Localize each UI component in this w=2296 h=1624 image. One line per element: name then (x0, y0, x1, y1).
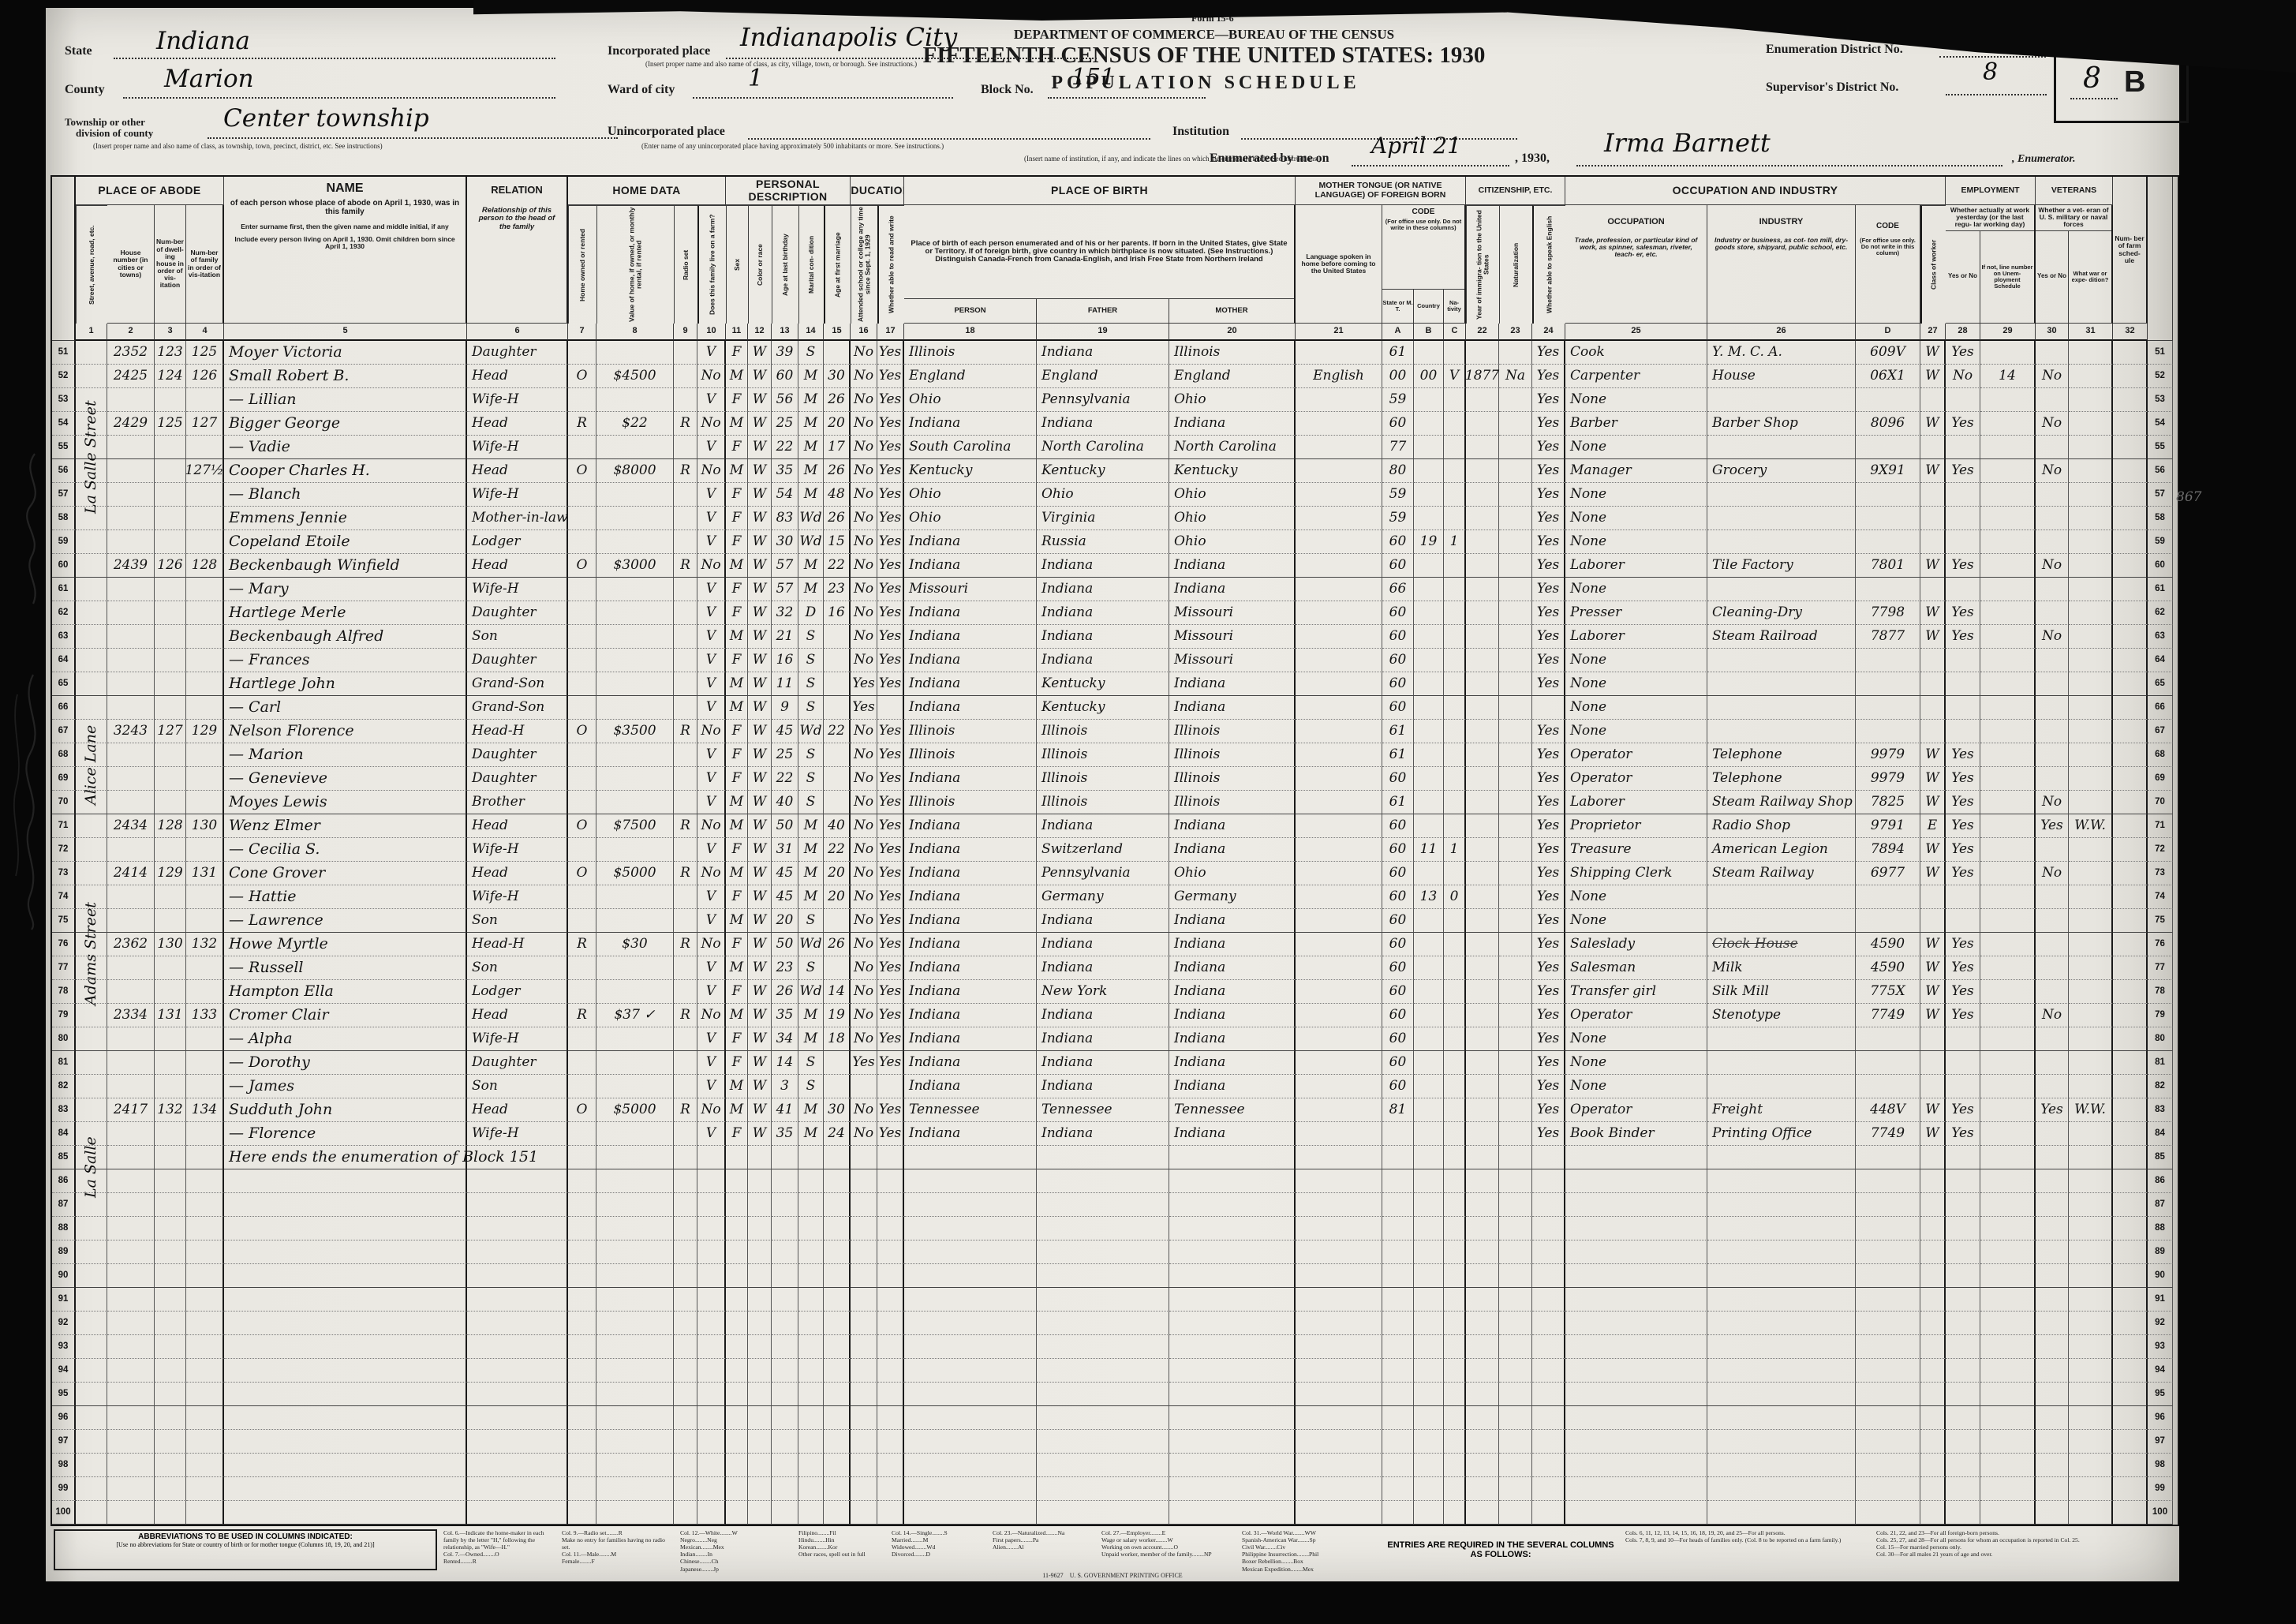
street-cell (76, 365, 107, 388)
cell-im (1466, 1075, 1499, 1098)
cell-en: Yes (1532, 554, 1565, 578)
street-cell (76, 720, 107, 743)
cell-pm (1169, 1406, 1296, 1430)
cell-vt: No (2036, 625, 2069, 649)
cell-ag: 25 (772, 412, 798, 436)
group-mother-tongue: MOTHER TONGUE (OR NATIVE LANGUAGE) OF FO… (1296, 177, 1466, 205)
cell-d (155, 1122, 186, 1146)
col-number: C (1444, 324, 1466, 341)
cell-ca (1382, 1312, 1414, 1335)
cell-lg (1296, 791, 1382, 814)
cell-d (155, 1027, 186, 1051)
cell-f (186, 980, 224, 1004)
cell-wk (1946, 1477, 1980, 1501)
cell-pb (904, 1146, 1037, 1169)
cell-vt (2036, 933, 2069, 956)
cell-cc (1444, 1075, 1466, 1098)
cell-d (155, 1501, 186, 1525)
cell-rl: Daughter (467, 649, 568, 672)
cell-pf (1037, 1477, 1169, 1501)
cell-h: 3243 (107, 720, 155, 743)
cell-sc: No (851, 365, 877, 388)
cell-oc: None (1565, 672, 1707, 696)
cell-pf: Indiana (1037, 578, 1169, 601)
cell-rc (748, 1406, 772, 1430)
cell-rw: Yes (877, 838, 904, 862)
cell-rw: Yes (877, 649, 904, 672)
cell-sx (726, 1146, 748, 1169)
cell-h (107, 1027, 155, 1051)
cell-mr (798, 1383, 824, 1406)
sheet-letter: B (2124, 65, 2145, 99)
cell-nt (1499, 625, 1532, 649)
cell-ca (1382, 1477, 1414, 1501)
cell-rw (877, 1075, 904, 1098)
cell-pb: Indiana (904, 956, 1037, 980)
cell-rl: Son (467, 1075, 568, 1098)
cell-pm: Indiana (1169, 1051, 1296, 1075)
cell-pm: Missouri (1169, 601, 1296, 625)
cell-wk (1946, 388, 1980, 412)
cell-fs (2113, 625, 2148, 649)
line-number: 89 (2148, 1240, 2173, 1264)
cell-f (186, 956, 224, 980)
cell-d (155, 1264, 186, 1288)
cell-sx (726, 1477, 748, 1501)
cell-rl: Mother-in-law (467, 507, 568, 530)
cell-cb (1414, 1075, 1444, 1098)
cell-cd (1856, 1335, 1920, 1359)
cell-fm: V (697, 1075, 726, 1098)
cell-in: Steam Railway (1707, 862, 1856, 885)
cell-f (186, 436, 224, 459)
cell-rw: Yes (877, 1051, 904, 1075)
line-number: 62 (2148, 601, 2173, 625)
cell-vl (596, 1477, 674, 1501)
cell-en: Yes (1532, 530, 1565, 554)
cell-rw (877, 1264, 904, 1288)
street-cell (76, 1122, 107, 1146)
cell-wk: Yes (1946, 838, 1980, 862)
cell-h (107, 507, 155, 530)
cell-cc (1444, 436, 1466, 459)
veterans-desc: Whether a vet- eran of U. S. military or… (2036, 205, 2113, 324)
cell-pb (904, 1477, 1037, 1501)
cell-lg (1296, 1051, 1382, 1075)
cell-d (155, 696, 186, 720)
cell-lg: English (1296, 365, 1382, 388)
cell-rc (748, 1359, 772, 1383)
cell-sc: No (851, 838, 877, 862)
cell-rw: Yes (877, 1004, 904, 1027)
cell-ag: 50 (772, 933, 798, 956)
cell-wr (2069, 1406, 2113, 1430)
cell-ul (1980, 814, 2036, 838)
cell-cw (1920, 1169, 1946, 1193)
cell-pb: Indiana (904, 838, 1037, 862)
cell-vl: $3500 (596, 720, 674, 743)
cell-vl (596, 601, 674, 625)
cell-ca: 60 (1382, 412, 1414, 436)
cell-ag: 25 (772, 743, 798, 767)
cell-h (107, 388, 155, 412)
cell-vl (596, 1501, 674, 1525)
cell-mr: M (798, 814, 824, 838)
cell-fm: V (697, 743, 726, 767)
cell-cw (1920, 1193, 1946, 1217)
cell-nt (1499, 885, 1532, 909)
cell-ca: 60 (1382, 554, 1414, 578)
cell-en (1532, 1288, 1565, 1312)
cell-ul (1980, 1430, 2036, 1454)
group-personal-description: PERSONAL DESCRIPTION (726, 177, 851, 205)
cell-f: 127½ (186, 459, 224, 483)
cell-fm: V (697, 672, 726, 696)
sheet-number-value: 8 (2083, 62, 2101, 95)
cell-oc: Cook (1565, 341, 1707, 365)
cell-rl (467, 1169, 568, 1193)
cell-ow (568, 507, 596, 530)
cell-lg (1296, 933, 1382, 956)
cell-oc (1565, 1217, 1707, 1240)
cell-wr (2069, 1335, 2113, 1359)
cell-oc: Transfer girl (1565, 980, 1707, 1004)
cell-oc: Barber (1565, 412, 1707, 436)
cell-sc: No (851, 459, 877, 483)
cell-d (155, 743, 186, 767)
cell-h (107, 1288, 155, 1312)
street-cell (76, 625, 107, 649)
cell-rl (467, 1217, 568, 1240)
cell-rc: W (748, 862, 772, 885)
line-number: 73 (52, 862, 76, 885)
cell-cw (1920, 1217, 1946, 1240)
cell-pb: Indiana (904, 649, 1037, 672)
abbr-col: Col. 27.—Employer........E Wage or salar… (1101, 1529, 1236, 1570)
col-number: 24 (1532, 324, 1565, 341)
cell-pm (1169, 1501, 1296, 1525)
cell-cc (1444, 1335, 1466, 1359)
cell-vt (2036, 530, 2069, 554)
cell-vt (2036, 1217, 2069, 1240)
cell-rw: Yes (877, 1122, 904, 1146)
cell-wr (2069, 578, 2113, 601)
cell-cb (1414, 1288, 1444, 1312)
cell-nm: — Lillian (224, 388, 467, 412)
cell-ag (772, 1193, 798, 1217)
cell-fs (2113, 1098, 2148, 1122)
street-cell (76, 980, 107, 1004)
line-number: 57 (2148, 483, 2173, 507)
cell-ag: 9 (772, 696, 798, 720)
cell-ca (1382, 1430, 1414, 1454)
cell-pb (904, 1430, 1037, 1454)
enumerator-name: Irma Barnett (1604, 128, 1771, 158)
cell-h (107, 1217, 155, 1240)
cell-cb (1414, 1406, 1444, 1430)
cell-sx: F (726, 720, 748, 743)
cell-ul (1980, 933, 2036, 956)
census-title: FIFTEENTH CENSUS OF THE UNITED STATES: 1… (896, 43, 1512, 69)
cell-pb: Illinois (904, 720, 1037, 743)
cell-ag: 34 (772, 1027, 798, 1051)
cell-sc: No (851, 767, 877, 791)
cell-oc: None (1565, 388, 1707, 412)
line-number: 69 (2148, 767, 2173, 791)
cell-pb: Indiana (904, 767, 1037, 791)
cell-im (1466, 909, 1499, 933)
cell-rc: W (748, 1051, 772, 1075)
cell-en: Yes (1532, 365, 1565, 388)
cell-d (155, 1430, 186, 1454)
cell-oc: None (1565, 649, 1707, 672)
cell-d (155, 1193, 186, 1217)
cell-fm: V (697, 507, 726, 530)
line-number: 88 (2148, 1217, 2173, 1240)
cell-vl (596, 341, 674, 365)
cell-sc: No (851, 956, 877, 980)
col-number: 1 (76, 324, 107, 341)
cell-cd: 7749 (1856, 1122, 1920, 1146)
line-number: 70 (2148, 791, 2173, 814)
col-sex-header: Sex (726, 205, 748, 324)
cell-in: Clock House (1707, 933, 1856, 956)
township-note: (Insert proper name and also name of cla… (93, 142, 383, 150)
cell-f (186, 743, 224, 767)
cell-cw: W (1920, 956, 1946, 980)
cell-cd (1856, 1240, 1920, 1264)
street-cell (76, 1004, 107, 1027)
cell-wr (2069, 459, 2113, 483)
cell-vl (596, 980, 674, 1004)
cell-rw: Yes (877, 578, 904, 601)
cell-fs (2113, 1406, 2148, 1430)
cell-im (1466, 1146, 1499, 1169)
cell-pm: Tennessee (1169, 1098, 1296, 1122)
cell-vt (2036, 885, 2069, 909)
cell-lg (1296, 838, 1382, 862)
cell-cb (1414, 1501, 1444, 1525)
cell-im (1466, 1454, 1499, 1477)
cell-nm: Emmens Jennie (224, 507, 467, 530)
cell-ca: 61 (1382, 720, 1414, 743)
cell-rc (748, 1501, 772, 1525)
cell-wr (2069, 483, 2113, 507)
cell-cw (1920, 530, 1946, 554)
cell-pm: Illinois (1169, 743, 1296, 767)
cell-pf: Indiana (1037, 1051, 1169, 1075)
cell-rc: W (748, 791, 772, 814)
cell-fm: V (697, 1122, 726, 1146)
cell-vl (596, 696, 674, 720)
cell-sc (851, 1383, 877, 1406)
cell-in (1707, 720, 1856, 743)
cell-vl (596, 1217, 674, 1240)
cell-fm: V (697, 530, 726, 554)
cell-mr: M (798, 885, 824, 909)
cell-am: 14 (824, 980, 851, 1004)
cell-rd (674, 483, 697, 507)
cell-vt (2036, 341, 2069, 365)
street-cell (76, 578, 107, 601)
cell-wk: Yes (1946, 933, 1980, 956)
cell-pf: Indiana (1037, 1122, 1169, 1146)
cell-cb (1414, 1454, 1444, 1477)
cell-oc (1565, 1312, 1707, 1335)
col-number: 7 (568, 324, 596, 341)
cell-wr (2069, 1004, 2113, 1027)
cell-mr: S (798, 767, 824, 791)
cell-wk (1946, 483, 1980, 507)
cell-sx: F (726, 885, 748, 909)
schedule-table-wrap: PLACE OF ABODEStreet, avenue, road, etc.… (50, 175, 2179, 1526)
cell-pm: Ohio (1169, 530, 1296, 554)
cell-fs (2113, 1146, 2148, 1169)
cell-nm: — Hattie (224, 885, 467, 909)
cell-rd: R (674, 554, 697, 578)
cell-en: Yes (1532, 649, 1565, 672)
cell-cb (1414, 791, 1444, 814)
cell-h: 2414 (107, 862, 155, 885)
cell-vl (596, 1240, 674, 1264)
cell-rd (674, 1169, 697, 1193)
cell-vl (596, 483, 674, 507)
county-label: County (65, 83, 105, 97)
cell-ow: R (568, 933, 596, 956)
cell-d (155, 1288, 186, 1312)
cell-ow (568, 530, 596, 554)
cell-oc: None (1565, 1051, 1707, 1075)
cell-im (1466, 436, 1499, 459)
cell-oc: Book Binder (1565, 1122, 1707, 1146)
cell-h (107, 578, 155, 601)
cell-ag: 21 (772, 625, 798, 649)
cell-sx: M (726, 1098, 748, 1122)
cell-sc: No (851, 578, 877, 601)
cell-ow (568, 956, 596, 980)
cell-lg (1296, 1312, 1382, 1335)
cell-sc (851, 1169, 877, 1193)
cell-h (107, 601, 155, 625)
cell-pf (1037, 1406, 1169, 1430)
cell-pf (1037, 1383, 1169, 1406)
cell-sc (851, 1335, 877, 1359)
line-number: 75 (2148, 909, 2173, 933)
cell-wr (2069, 1501, 2113, 1525)
cell-wr (2069, 1027, 2113, 1051)
cell-in (1707, 388, 1856, 412)
cell-sx: M (726, 909, 748, 933)
cell-nt (1499, 767, 1532, 791)
cell-rc (748, 1146, 772, 1169)
cell-rl (467, 1454, 568, 1477)
cell-oc: None (1565, 1027, 1707, 1051)
col-number: 11 (726, 324, 748, 341)
cell-sc (851, 1193, 877, 1217)
cell-am: 19 (824, 1004, 851, 1027)
cell-wk (1946, 1027, 1980, 1051)
cell-fm (697, 1501, 726, 1525)
cell-pf: North Carolina (1037, 436, 1169, 459)
cell-im (1466, 625, 1499, 649)
cell-pm: Indiana (1169, 838, 1296, 862)
cell-fs (2113, 436, 2148, 459)
cell-oc: Proprietor (1565, 814, 1707, 838)
cell-cd: 8096 (1856, 412, 1920, 436)
cell-h (107, 1454, 155, 1477)
cell-fm (697, 1406, 726, 1430)
line-number: 87 (52, 1193, 76, 1217)
cell-cd (1856, 1359, 1920, 1383)
cell-pb: Indiana (904, 696, 1037, 720)
col-number: 18 (904, 324, 1037, 341)
cell-d (155, 885, 186, 909)
cell-im (1466, 554, 1499, 578)
cell-sx (726, 1501, 748, 1525)
cell-f (186, 578, 224, 601)
cell-pm: North Carolina (1169, 436, 1296, 459)
cell-nm: — Lawrence (224, 909, 467, 933)
col-read-write-header: Whether able to read and write (877, 205, 904, 324)
cell-mr (798, 1477, 824, 1501)
cell-rl: Wife-H (467, 1027, 568, 1051)
cell-cd (1856, 1288, 1920, 1312)
cell-cc (1444, 909, 1466, 933)
cell-fs (2113, 1359, 2148, 1383)
cell-ul (1980, 1288, 2036, 1312)
cell-mr (798, 1264, 824, 1288)
cell-cb (1414, 601, 1444, 625)
cell-pb: Indiana (904, 530, 1037, 554)
cell-in (1707, 1288, 1856, 1312)
incorporated-value: Indianapolis City (740, 22, 957, 52)
street-cell (76, 885, 107, 909)
cell-lg (1296, 341, 1382, 365)
cell-wr (2069, 909, 2113, 933)
cell-ul (1980, 838, 2036, 862)
cell-vl (596, 1169, 674, 1193)
cell-rw: Yes (877, 956, 904, 980)
cell-rc: W (748, 365, 772, 388)
cell-nm (224, 1383, 467, 1406)
cell-sc: No (851, 933, 877, 956)
cell-wk (1946, 1288, 1980, 1312)
cell-h (107, 1383, 155, 1406)
cell-cc (1444, 1477, 1466, 1501)
cell-cb (1414, 1004, 1444, 1027)
cell-ul (1980, 530, 2036, 554)
cell-pb: Ohio (904, 483, 1037, 507)
line-number: 91 (52, 1288, 76, 1312)
cell-sc: No (851, 601, 877, 625)
cell-nt (1499, 1477, 1532, 1501)
cell-oc: Salesman (1565, 956, 1707, 980)
cell-pm: Ohio (1169, 483, 1296, 507)
enumeration-district-label: Enumeration District No. (1766, 43, 1903, 57)
cell-ag (772, 1454, 798, 1477)
cell-rc: W (748, 933, 772, 956)
cell-cb (1414, 1477, 1444, 1501)
cell-sx: M (726, 791, 748, 814)
cell-f (186, 696, 224, 720)
cell-im (1466, 1217, 1499, 1240)
cell-h (107, 1169, 155, 1193)
street-cell (76, 1454, 107, 1477)
cell-rd (674, 980, 697, 1004)
cell-vl (596, 1027, 674, 1051)
institution-label: Institution (1172, 125, 1229, 139)
cell-d (155, 1217, 186, 1240)
